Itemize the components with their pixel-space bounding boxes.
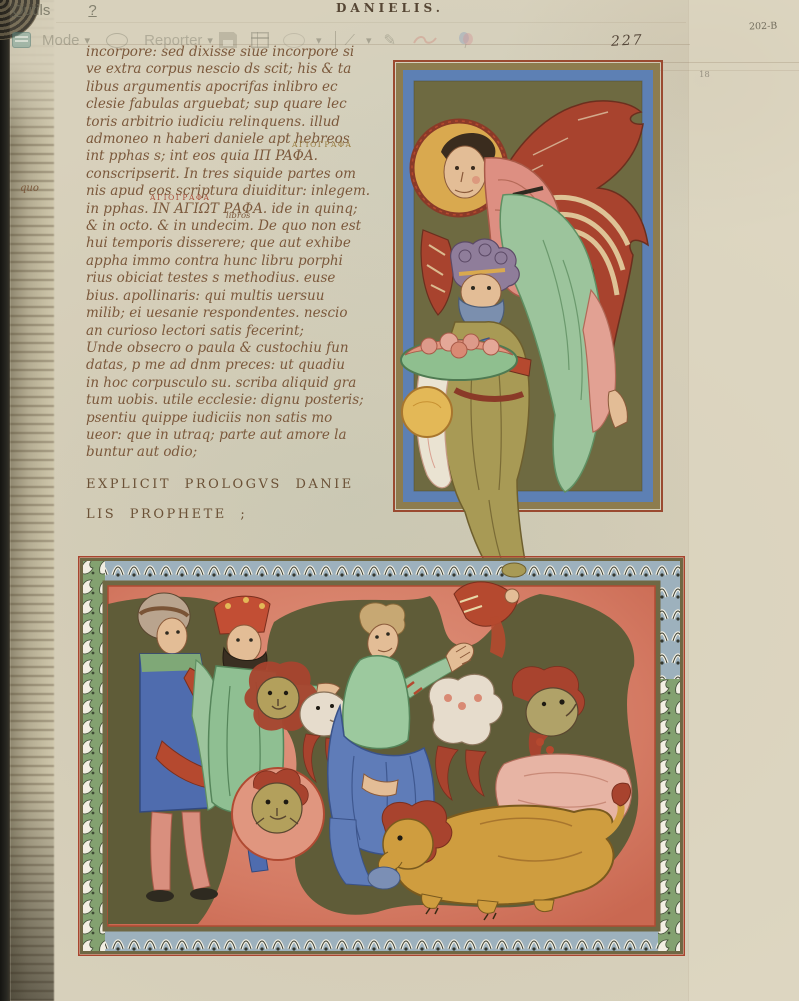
- scribble-icon[interactable]: [412, 32, 438, 48]
- latin-text-block: incorpore: sed dixisse siue incorpore si…: [86, 44, 388, 462]
- interlinear-gloss: libros: [226, 211, 250, 221]
- text-line: buntur aut odio;: [86, 444, 388, 461]
- ruling-line: [56, 22, 686, 23]
- text-line: datas, p me ad dnm preces: ut quadiu: [86, 357, 388, 374]
- text-line: Unde obsecro o paula & custochiu fun: [86, 340, 388, 357]
- explicit-line: EXPLICIT PROLOGVS DANIE: [86, 477, 354, 492]
- text-line: appha immo contra hunc libru porphi: [86, 253, 388, 270]
- menu-bar: Outils ?: [12, 2, 97, 19]
- explicit-line: LIS PROPHETE ;: [86, 507, 247, 522]
- mode-icon[interactable]: [12, 32, 36, 48]
- text-line: an curioso lectori satis fecerint;: [86, 323, 388, 340]
- facing-page-fore-edge: [10, 0, 54, 1001]
- text-line: conscripserit. In tres siquide partes om: [86, 166, 388, 183]
- text-line: nis apud eos scriptura diuiditur: inlege…: [86, 183, 388, 200]
- text-line: rius obiciat testes s methodius. euse: [86, 270, 388, 287]
- running-title: DANIELIS.: [336, 1, 444, 15]
- margin-note: quo: [20, 183, 39, 194]
- text-line: libus argumentis apocrifas inlibro ec: [86, 79, 388, 96]
- menu-outils[interactable]: Outils: [12, 2, 50, 19]
- interlinear-gloss: ΑΓΙΟΓΡΑΦΑ: [292, 140, 352, 149]
- text-line: ve extra corpus nescio ds scit; his & ta: [86, 61, 388, 78]
- text-line: incorpore: sed dixisse siue incorpore si: [86, 44, 388, 61]
- text-line: hui temporis disserere; que aut exhibe: [86, 235, 388, 252]
- text-line: toris arbitrio iudiciu relinquens. illud: [86, 114, 388, 131]
- folio-number: 227: [611, 32, 645, 50]
- text-line: int pphas s; int eos quia IΠ PAΦA.: [86, 148, 388, 165]
- page-right-margin: [688, 0, 799, 1001]
- ruling-line: [660, 62, 799, 63]
- miniature-angel-habakkuk: [393, 60, 663, 605]
- manuscript-viewer-canvas[interactable]: Outils ? Mode▾ Reporter▾ ▾ ⟋ ▾ ✎ D: [0, 0, 799, 1001]
- text-line: in hoc corpusculo su. scriba aliquid gra: [86, 375, 388, 392]
- text-line: ueor: que in utraq; parte aut amore la: [86, 427, 388, 444]
- mode-dropdown[interactable]: Mode▾: [42, 32, 90, 49]
- interlinear-gloss: ΑΓΙΟΓΡΑΦΑ: [150, 193, 210, 202]
- text-line: clesie fabulas arguebat; sup quare lec: [86, 96, 388, 113]
- text-line: tum uobis. utile ecclesie: dignu posteri…: [86, 392, 388, 409]
- balloon-icon[interactable]: [458, 31, 474, 49]
- menu-help[interactable]: ?: [88, 2, 96, 19]
- ruling-line: [660, 70, 799, 71]
- corner-annotation: 202-B: [749, 21, 778, 33]
- pencil-note: 18: [699, 70, 710, 80]
- text-line: psentiu quippe iudiciis non satis mo: [86, 410, 388, 427]
- book-spine-edge: [0, 0, 10, 1001]
- miniature-daniel-lions-den: [78, 556, 685, 956]
- text-line: milib; ei uesanie respondentes. nescio: [86, 305, 388, 322]
- text-line: bius. apollinaris: qui multis uersuu: [86, 288, 388, 305]
